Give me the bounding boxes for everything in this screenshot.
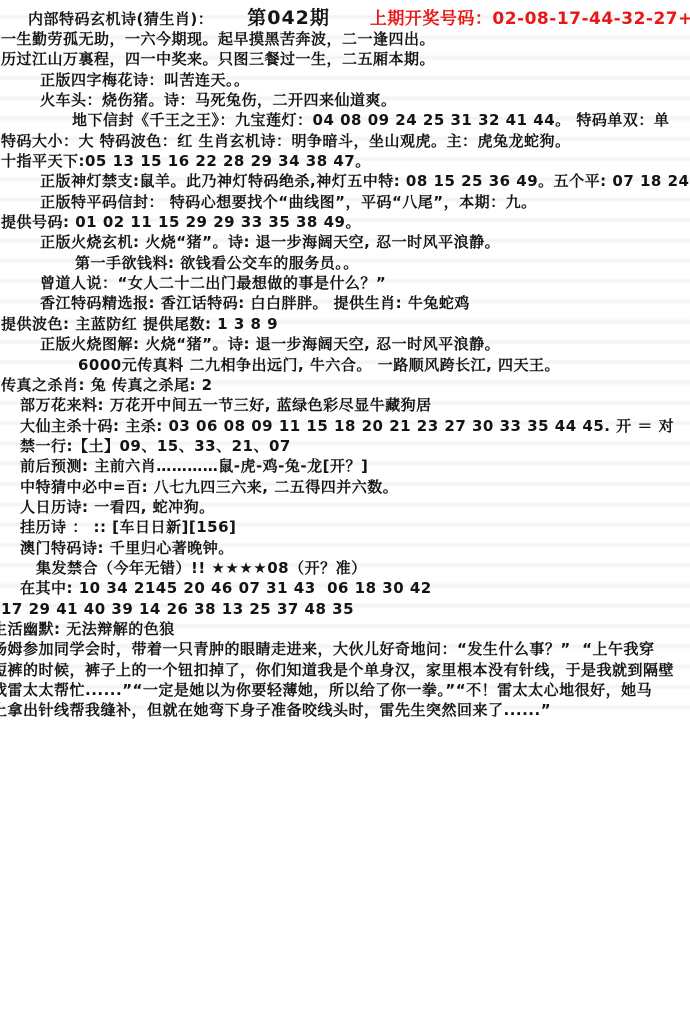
special-flat-letter-line: 正版特平码信封： 特码心想要找个“曲线图”，平码“八尾”，本期：九。 <box>40 192 690 212</box>
joke-line-4: 上拿出针线帮我缝补，但就在她弯下身子准备咬线头时，雷先生突然回来了......” <box>0 700 690 720</box>
underground-letter-line: 地下信封《千王之王》：九宝莲灯：04 08 09 24 25 31 32 41 … <box>72 110 690 130</box>
joke-line-1: 汤姆参加同学会时，带着一只青肿的眼睛走进来，大伙儿好奇地问：“发生什么事？” “… <box>0 639 690 659</box>
train-head-line: 火车头：烧伤猪。诗：马死兔伤，二开四来仙道爽。 <box>40 90 690 110</box>
mid-special-line: 中特猜中必中=百: 八七九四三六来, 二五得四并六数。 <box>20 477 690 497</box>
zengdaoren-line: 曾道人说：“女人二十二出门最想做的事是什么？” <box>40 273 690 293</box>
jifa-stars-line: 集发禁合（今年无错）!! ★★★★08（开？准） <box>36 558 690 578</box>
forbid-row-line: 禁一行:【土】09、15、33、21、07 <box>20 436 690 456</box>
sheet-header: 内部特码玄机诗(猜生肖)： 第042期 上期开奖号码：02-08-17-44-3… <box>0 0 690 29</box>
issue-number: 第042期 <box>247 3 330 30</box>
fire-mystery-line: 正版火烧玄机: 火烧“猪”。诗: 退一步海阔天空, 忍一时风平浪静。 <box>40 232 690 252</box>
wall-calendar-poem-line: 挂历诗 ： :: [车日日新][156] <box>20 517 690 537</box>
plum-blossom-poem-line: 正版四字梅花诗：叫苦连天。。 <box>40 70 690 90</box>
fax-6000-line: 6000元传真料 二九相争出远门, 牛六合。 一路顺风跨长江, 四天王。 <box>78 355 690 375</box>
wave-tail-line: 提供波色: 主蓝防红 提供尾数: 1 3 8 9 <box>1 314 690 334</box>
provided-numbers-line: 提供号码: 01 02 11 15 29 29 33 35 38 49。 <box>1 212 690 232</box>
numbers-pool-line-2: 17 29 41 40 39 14 26 38 13 25 37 48 35 <box>1 599 690 619</box>
sheet-title: 内部特码玄机诗(猜生肖)： <box>28 8 213 29</box>
size-wave-zodiac-line: 特码大小：大 特码波色：红 生肖玄机诗：明争暗斗，坐山观虎。主：虎兔龙蛇狗。 <box>1 131 690 151</box>
humor-title-line: 生活幽默: 无法辩解的色狼 <box>0 619 690 639</box>
money-tip-line: 第一手欲钱料: 欲钱看公交车的服务员。。 <box>75 253 690 273</box>
macau-poem-line: 澳门特码诗: 千里归心著晚钟。 <box>20 538 690 558</box>
daxian-kill-line: 大仙主杀十码: 主杀: 03 06 08 09 11 15 18 20 21 2… <box>20 416 690 436</box>
fire-diagram-line: 正版火烧图解: 火烧“猪”。诗: 退一步海阔天空, 忍一时风平浪静。 <box>40 334 690 354</box>
fax-kill-line: 传真之杀肖: 兔 传真之杀尾: 2 <box>1 375 690 395</box>
prediction-line: 前后预测: 主前六肖…………鼠-虎-鸡-兔-龙[开？] <box>20 456 690 476</box>
magic-lamp-line: 正版神灯禁支:鼠羊。此乃神灯特码绝杀,神灯五中特: 08 15 25 36 49… <box>40 171 690 191</box>
ten-fingers-line: 十指平天下:05 13 15 16 22 28 29 34 38 47。 <box>1 151 690 171</box>
joke-line-2: 短裤的时候，裤子上的一个钮扣掉了，你们知道我是个单身汉，家里根本没有针线，于是我… <box>0 660 690 680</box>
last-draw-numbers: 上期开奖号码：02-08-17-44-32-27+36 <box>370 4 690 29</box>
numbers-pool-line-1: 在其中: 10 34 2145 20 46 07 31 43 06 18 30 … <box>20 578 690 598</box>
poem-line-1: 一生勤劳孤无助，一六今期现。起早摸黑苦奔波，二一逢四出。 <box>1 29 690 49</box>
xiangjiang-report-line: 香江特码精选报: 香江话特码: 白白胖胖。 提供生肖: 牛兔蛇鸡 <box>40 293 690 313</box>
lottery-tip-sheet: 内部特码玄机诗(猜生肖)： 第042期 上期开奖号码：02-08-17-44-3… <box>0 0 690 722</box>
day-calendar-poem-line: 人日历诗: 一看四, 蛇冲狗。 <box>20 497 690 517</box>
joke-line-3: 找雷太太帮忙......”“一定是她以为你要轻薄她，所以给了你一拳。”“不！雷太… <box>0 680 690 700</box>
poem-line-2: 历过江山万裏程，四一中奖来。只图三餐过一生，二五厢本期。 <box>1 49 690 69</box>
wanhua-material-line: 部万花来料: 万花开中间五一节三好, 蓝绿色彩尽显牛藏狗居 <box>20 395 690 415</box>
blank-page-area <box>0 722 690 1013</box>
